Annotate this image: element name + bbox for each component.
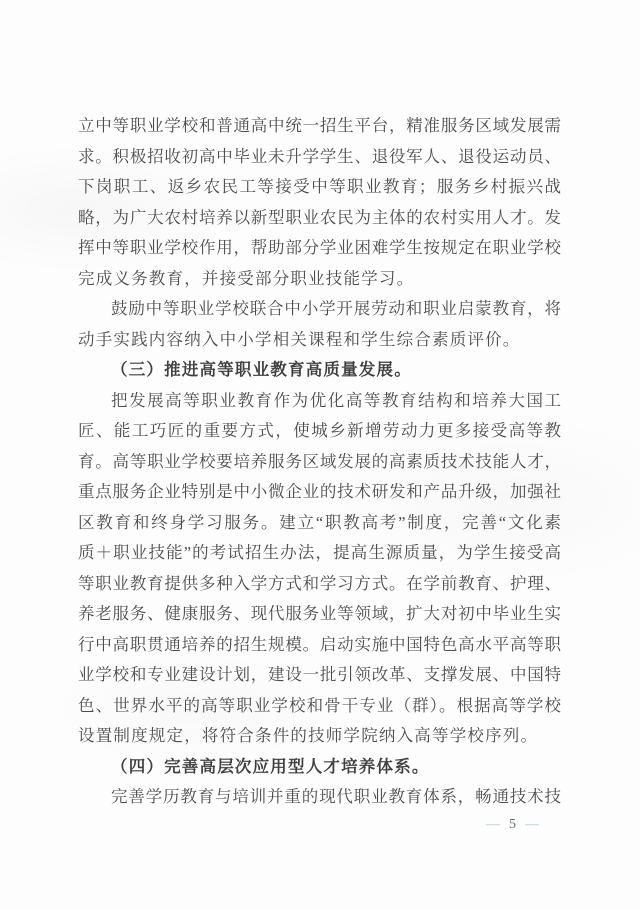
text-line: 养老服务、健康服务、现代服务业等领域，扩大对初中毕业生实 [78, 599, 561, 630]
text-line: 鼓励中等职业学校联合中小学开展劳动和职业启蒙教育，将 [78, 294, 561, 325]
text-line: 行中高职贯通培养的招生规模。启动实施中国特色高水平高等职 [78, 630, 561, 661]
text-line: 区教育和终身学习服务。建立“职教高考”制度，完善“文化素 [78, 508, 561, 539]
text-line: 匠、能工巧匠的重要方式，使城乡新增劳动力更多接受高等教 [78, 416, 561, 447]
page-number: 5 [509, 816, 516, 834]
text-line: 挥中等职业学校作用，帮助部分学业困难学生按规定在职业学校 [78, 233, 561, 264]
text-line: 求。积极招收初高中毕业未升学学生、退役军人、退役运动员、 [78, 142, 561, 173]
text-line: 设置制度规定，将符合条件的技师学院纳入高等学校序列。 [78, 721, 561, 752]
footer-dash-left: — [486, 816, 500, 834]
text-line: 重点服务企业特别是中小微企业的技术研发和产品升级，加强社 [78, 477, 561, 508]
footer-dash-right: — [525, 816, 539, 834]
section-heading: （四）完善高层次应用型人才培养体系。 [78, 752, 561, 783]
text-line: 完成义务教育，并接受部分职业技能学习。 [78, 264, 561, 295]
text-line: 业学校和专业建设计划，建设一批引领改革、支撑发展、中国特 [78, 660, 561, 691]
text-line: 略，为广大农村培养以新型职业农民为主体的农村实用人才。发 [78, 203, 561, 234]
section-heading: （三）推进高等职业教育高质量发展。 [78, 355, 561, 386]
page-footer: — 5 — [486, 816, 539, 834]
text-line: 质＋职业技能”的考试招生办法，提高生源质量，为学生接受高 [78, 538, 561, 569]
document-page: 立中等职业学校和普通高中统一招生平台，精准服务区域发展需求。积极招收初高中毕业未… [0, 0, 640, 909]
text-line: 下岗职工、返乡农民工等接受中等职业教育；服务乡村振兴战 [78, 172, 561, 203]
text-line: 育。高等职业学校要培养服务区域发展的高素质技术技能人才， [78, 447, 561, 478]
text-line: 动手实践内容纳入中小学相关课程和学生综合素质评价。 [78, 325, 561, 356]
text-line: 色、世界水平的高等职业学校和骨干专业（群）。根据高等学校 [78, 691, 561, 722]
text-line: 立中等职业学校和普通高中统一招生平台，精准服务区域发展需 [78, 111, 561, 142]
text-line: 完善学历教育与培训并重的现代职业教育体系，畅通技术技 [78, 782, 561, 813]
document-lines: 立中等职业学校和普通高中统一招生平台，精准服务区域发展需求。积极招收初高中毕业未… [78, 111, 561, 813]
text-line: 等职业教育提供多种入学方式和学习方式。在学前教育、护理、 [78, 569, 561, 600]
text-line: 把发展高等职业教育作为优化高等教育结构和培养大国工 [78, 386, 561, 417]
